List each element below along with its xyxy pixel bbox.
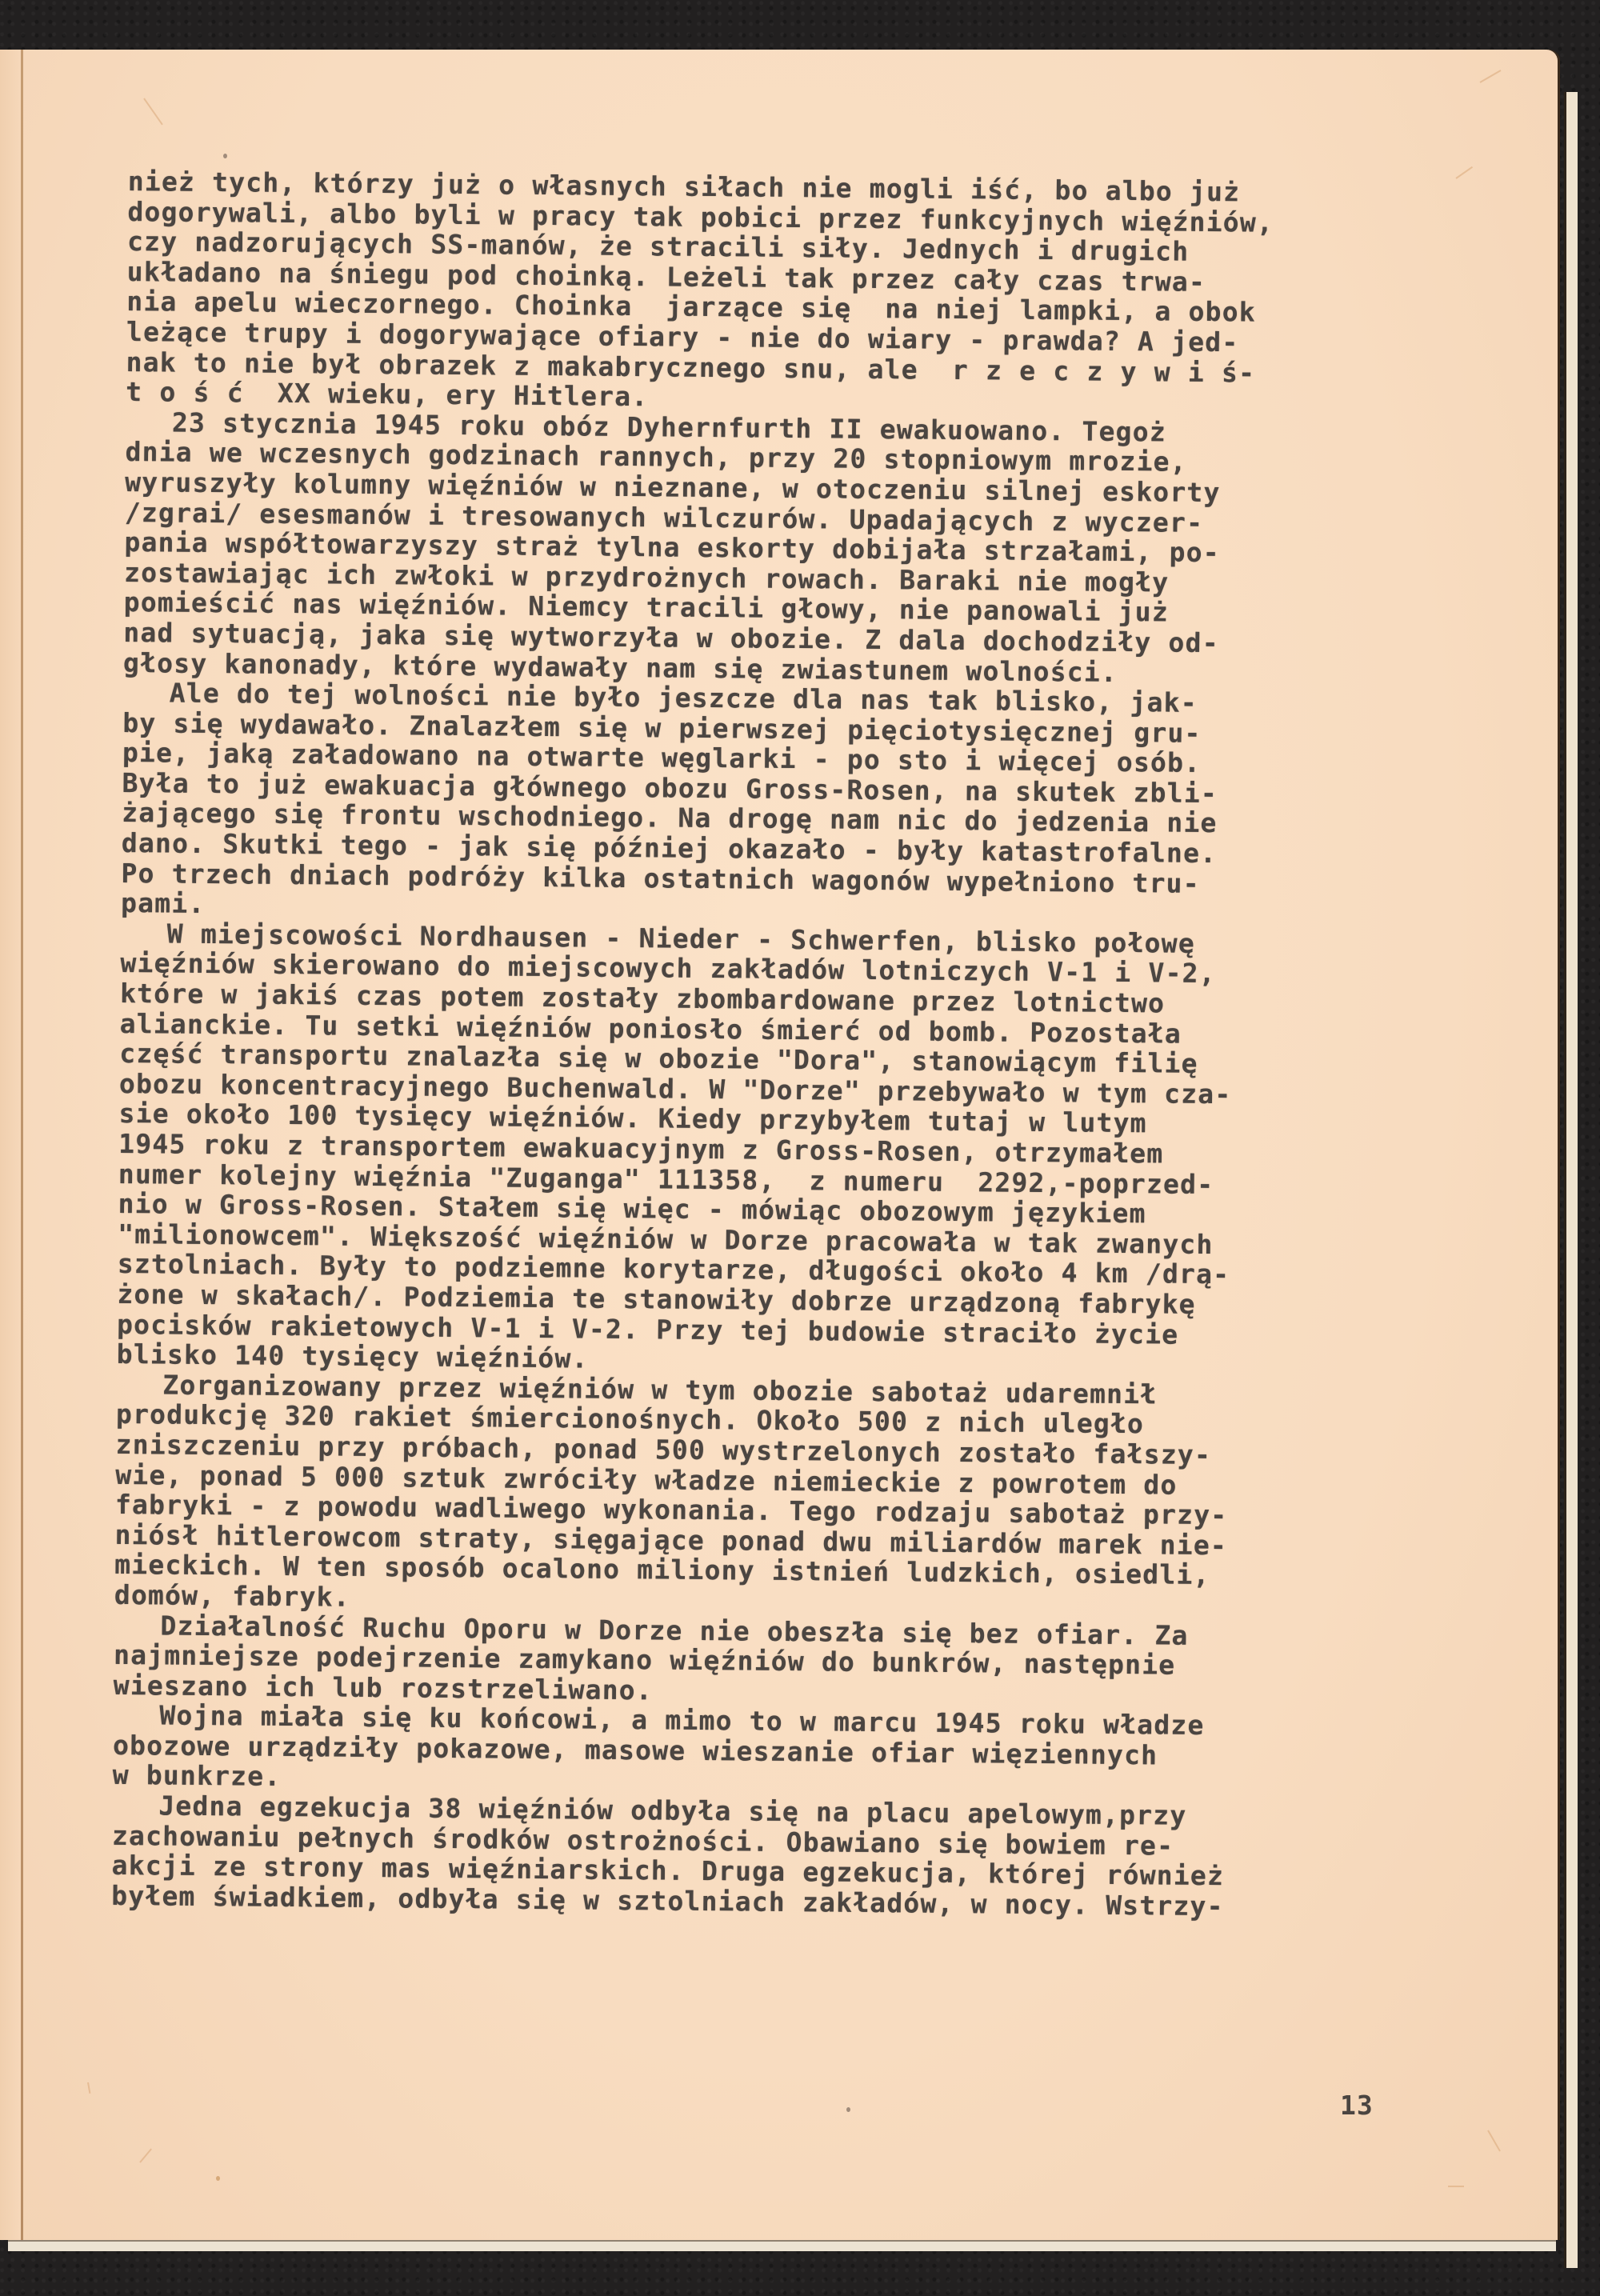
paper-speck	[846, 2107, 850, 2112]
paragraph: Zorganizowany przez więźniów w tym obozi…	[114, 1370, 1413, 1622]
paragraph: Ale do tej wolności nie było jeszcze dla…	[121, 678, 1419, 930]
paragraph: Wojna miała się ku końcowi, a mimo to w …	[113, 1700, 1410, 1802]
paper-fiber	[1455, 166, 1473, 179]
paragraph: nież tych, którzy już o własnych siłach …	[126, 166, 1424, 419]
typewritten-body: nież tych, którzy już o własnych siłach …	[111, 166, 1424, 1923]
paper-fiber	[87, 2082, 90, 2094]
paper-speck	[216, 2176, 220, 2181]
paragraph: Jedna egzekucja 38 więźniów odbyła się n…	[111, 1790, 1408, 1923]
paragraph: 23 stycznia 1945 roku obóz Dyhernfurth I…	[123, 407, 1422, 690]
binding-fold	[21, 50, 23, 2240]
paper-fiber	[139, 2149, 152, 2163]
paper-fiber	[1480, 70, 1502, 83]
paper-fiber	[143, 98, 163, 125]
paragraph: W miejscowości Nordhausen - Nieder - Sch…	[117, 918, 1417, 1382]
paragraph: Działalność Ruchu Oporu w Dorze nie obes…	[114, 1610, 1410, 1712]
underlying-page-edge-right	[1564, 92, 1578, 2268]
paper-fiber	[1448, 2186, 1464, 2187]
underlying-page-edge-bottom	[8, 2240, 1556, 2251]
binding-margin	[0, 50, 21, 2240]
paper-fiber	[1487, 2130, 1501, 2152]
page-number: 13	[1340, 2090, 1374, 2121]
paper-speck	[223, 154, 227, 158]
